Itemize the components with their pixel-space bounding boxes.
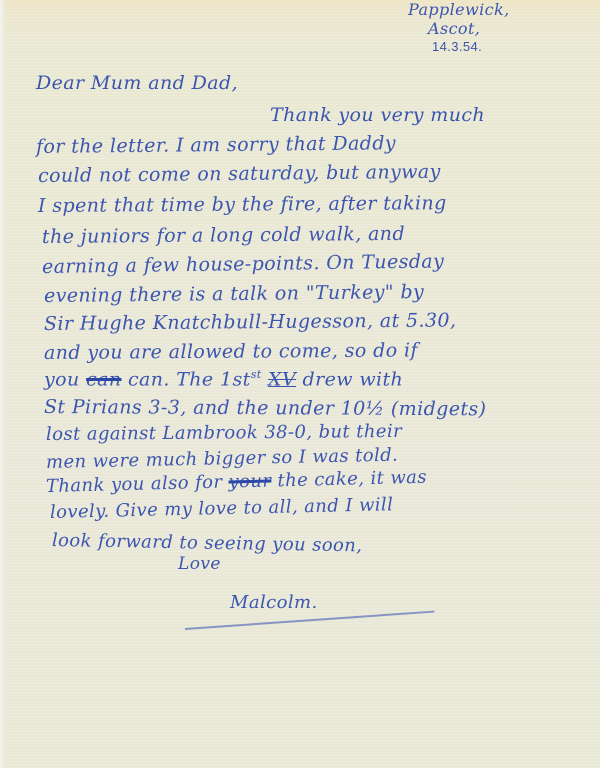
body-line-12: lost against Lambrook 38-0, but their (46, 421, 402, 445)
struck-word-xv: XV (268, 368, 296, 390)
letter-date: 14.3.54. (432, 39, 482, 54)
body-line-10-you: you (44, 368, 80, 390)
paper-left-edge (0, 0, 5, 768)
body-line-14-start: Thank you also for (46, 472, 223, 497)
body-line-16: look forward to seeing you soon, (52, 530, 363, 556)
letter-page: Papplewick, Ascot, 14.3.54. Dear Mum and… (0, 0, 600, 768)
body-line-2: for the letter. I am sorry that Daddy (36, 132, 396, 158)
struck-word-can: can (86, 368, 121, 390)
body-line-6: earning a few house-points. On Tuesday (42, 250, 445, 278)
body-line-7: evening there is a talk on "Turkey" by (44, 281, 424, 307)
body-line-4: I spent that time by the fire, after tak… (38, 192, 447, 217)
paper-top-edge (0, 0, 600, 14)
body-line-14-end: the cake, it was (277, 467, 427, 492)
body-line-11: St Pirians 3-3, and the under 10½ (midge… (44, 396, 486, 420)
body-line-10: you can can. The 1stst XV drew with (44, 368, 403, 390)
body-line-1: Thank you very much (270, 104, 485, 126)
ordinal-st: st (251, 368, 262, 381)
body-line-3: could not come on saturday, but anyway (38, 161, 441, 187)
struck-word-your: your (228, 470, 271, 492)
body-line-10-rest: can. The 1st (128, 368, 251, 390)
salutation: Dear Mum and Dad, (36, 72, 238, 94)
body-line-8: Sir Hughe Knatchbull-Hugesson, at 5.30, (44, 309, 457, 335)
body-line-5: the juniors for a long cold walk, and (42, 223, 405, 248)
address-line-2: Ascot, (428, 19, 480, 38)
address-line-1: Papplewick, (408, 0, 510, 19)
body-line-9: and you are allowed to come, so do if (44, 339, 418, 364)
signature: Malcolm. (230, 592, 318, 613)
body-line-15: lovely. Give my love to all, and I will (50, 494, 394, 523)
body-line-10-end: drew with (303, 368, 404, 390)
signature-underline (185, 611, 434, 630)
closing: Love (178, 554, 221, 574)
